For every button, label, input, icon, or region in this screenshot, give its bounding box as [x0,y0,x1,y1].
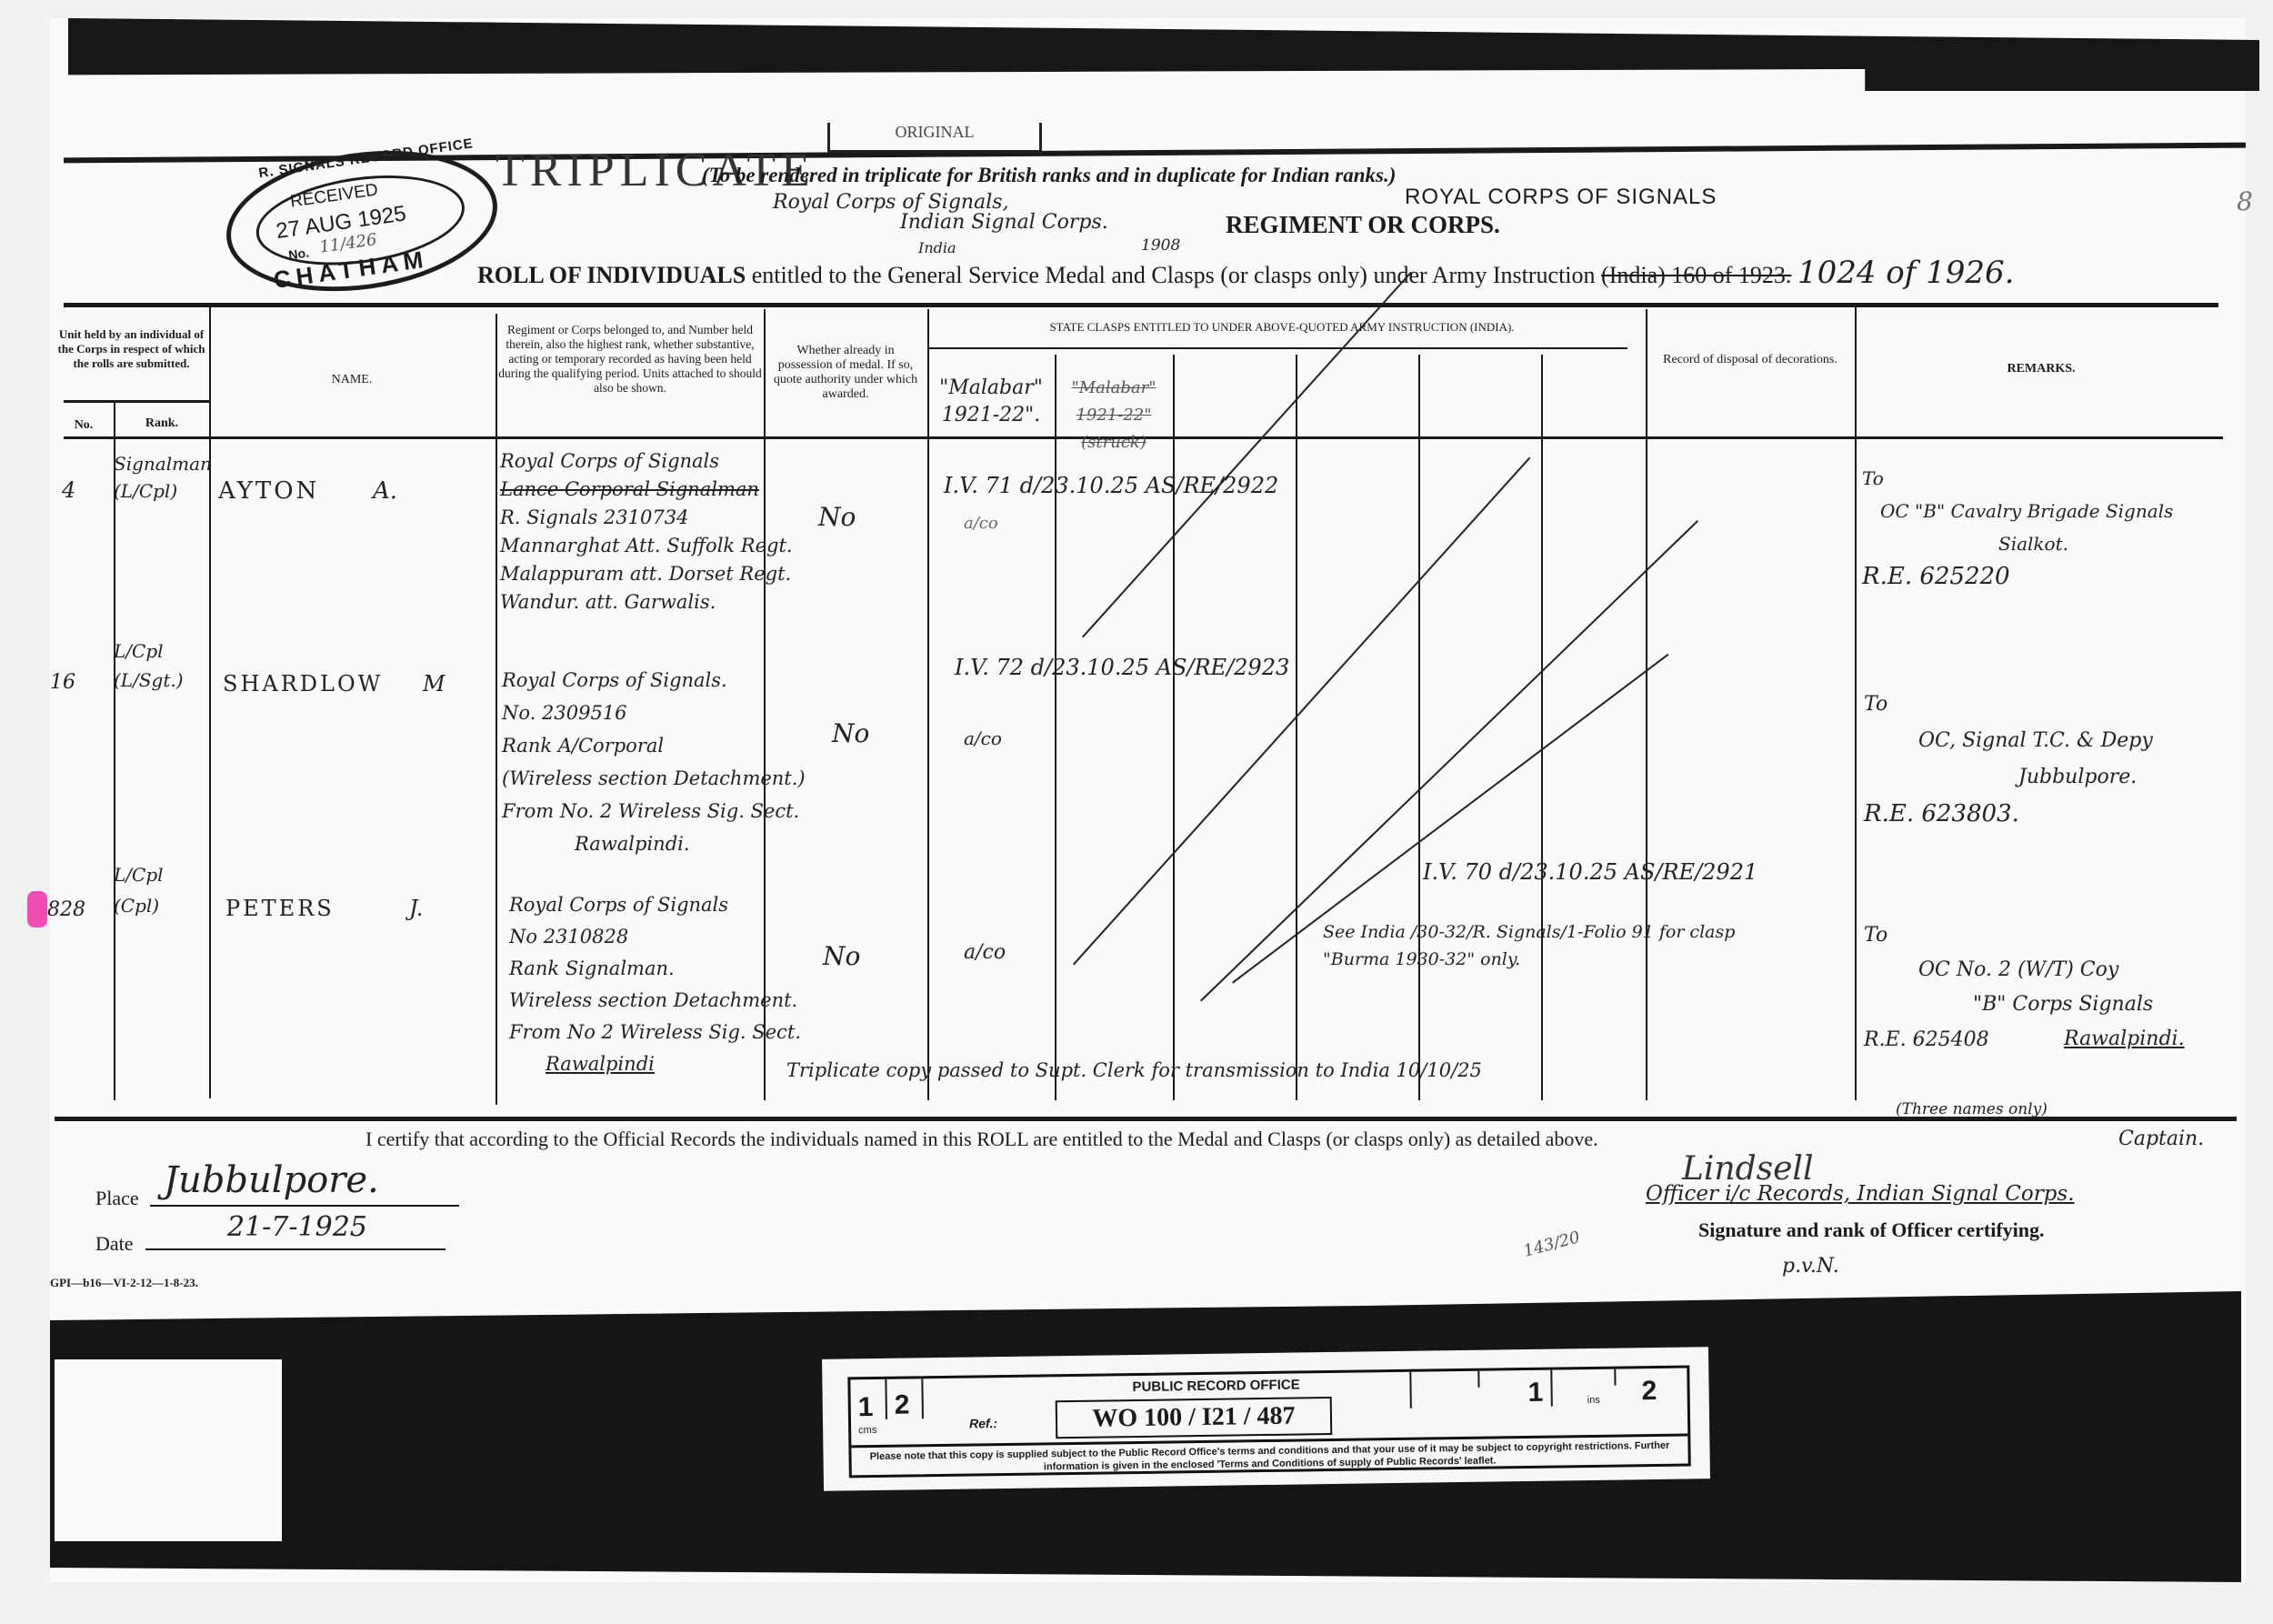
row1-clasp-note: a/co [964,514,998,533]
scale-tick [1614,1369,1616,1386]
row1-possession: No [818,502,856,532]
row1-clasp-entry: I.V. 71 d/23.10.25 AS/RE/2922 [944,473,1278,498]
row2-regiment-line: No. 2309516 [502,697,866,729]
public-record-office-label: 1 cms 2 PUBLIC RECORD OFFICE Ref.: WO 10… [822,1347,1710,1491]
row3-clasp-note: a/co [964,941,1006,964]
remarks-header: REMARKS. [1859,362,2223,376]
row2-rank: L/Cpl (L/Sgt.) [114,637,209,695]
remarks-line: OC "B" Cavalry Brigade Signals [1862,495,2244,527]
place-label: Place [95,1187,139,1210]
cms-label: cms [858,1425,876,1436]
pink-marker-tab [27,891,47,927]
date-label: Date [95,1232,134,1256]
signature-caption: Signature and rank of Officer certifying… [1698,1218,2045,1242]
row1-remarks: To OC "B" Cavalry Brigade Signals Sialko… [1862,462,2244,593]
row1-regiment-line: Lance Corporal Signalman [500,476,864,504]
pro-reference: WO 100 / I21 / 487 [1056,1397,1333,1439]
clasps-header: STATE CLASPS ENTITLED TO UNDER ABOVE-QUO… [936,320,1627,335]
regiment-header: Regiment or Corps belonged to, and Numbe… [498,323,762,396]
scale-tick [885,1379,887,1419]
clasps-rule [927,347,1627,349]
remarks-line: R.E. 623803. [1864,796,2246,832]
clasp-malabar-struck: "Malabar" 1921-22" (struck) [1059,375,1168,456]
disposal-header: Record of disposal of decorations. [1650,353,1850,367]
row1-regiment-line: Mannarghat Att. Suffolk Regt. [500,532,864,560]
row3-disposal-note: See India /30-32/R. Signals/1-Folio 91 f… [1323,918,1796,973]
certification-addition: (Three names only) [1896,1100,2048,1118]
row3-no: 828 [47,898,85,921]
in-2: 2 [1641,1376,1657,1407]
row1-regiment-line: Wandur. att. Garwalis. [500,588,864,617]
cm-1: 1 [858,1392,874,1423]
row2-no: 16 [50,671,75,694]
scale-tick [1477,1371,1479,1388]
hand-year: 1908 [1141,236,1180,255]
pro-title: PUBLIC RECORD OFFICE [1132,1377,1299,1395]
stamped-corps: ROYAL CORPS OF SIGNALS [1405,185,1717,210]
row3-regiment-line: Rank Signalman. [509,953,873,985]
row2-initial: M [423,671,446,697]
row2-regiment: Royal Corps of Signals. No. 2309516 Rank… [502,664,866,860]
corner-mark: 8 [2237,186,2253,216]
row1-initial: A. [373,477,397,505]
roll-title: ROLL OF INDIVIDUALS entitled to the Gene… [477,255,2014,291]
row2-regiment-line: (Wireless section Detachment.) [502,762,866,795]
ins-label: ins [1587,1395,1600,1406]
clasp-malabar: "Malabar" 1921-22". [932,375,1050,429]
col-divider [927,309,929,1100]
signature-rank: Captain. [2118,1128,2204,1150]
hand-corps-line2: Indian Signal Corps. [900,211,1108,234]
row3-remarks: To OC No. 2 (W/T) Coy "B" Corps Signals … [1864,918,2246,1057]
remarks-line: Sialkot. [1862,527,2244,560]
row1-regiment-line: Royal Corps of Signals [500,447,864,476]
row1-regiment-line: Malappuram att. Dorset Regt. [500,560,864,588]
scale-tick [1550,1370,1553,1407]
rank-header: Rank. [116,416,207,431]
row1-no: 4 [62,477,75,503]
remarks-line: R.E. 625408 [1864,1023,1989,1058]
ref-label: Ref.: [969,1416,997,1430]
row2-clasp-note: a/co [964,727,1002,749]
row2-name: SHARDLOW [223,671,383,697]
row2-regiment-line: Royal Corps of Signals. [502,664,866,697]
col-divider [496,314,497,1105]
col-divider [209,307,211,1098]
row2-regiment-line: From No. 2 Wireless Sig. Sect. [502,795,866,827]
remarks-line: To [1862,462,2244,495]
name-header: NAME. [211,373,493,387]
col-divider [1855,305,1857,1100]
row1-regiment: Royal Corps of Signals Lance Corporal Si… [500,447,864,617]
row3-possession: No [823,941,860,971]
roll-title-prefix: ROLL OF INDIVIDUALS [477,262,746,288]
cm-2: 2 [895,1389,910,1420]
col-divider [1418,355,1420,1100]
pro-label-frame: 1 cms 2 PUBLIC RECORD OFFICE Ref.: WO 10… [847,1365,1690,1478]
col-divider [1055,355,1056,1100]
row2-remarks: To OC, Signal T.C. & Depy Jubbulpore. R.… [1864,687,2246,832]
remarks-line: To [1864,918,2246,953]
row2-regiment-line: Rawalpindi. [502,827,866,860]
place-underline [150,1205,459,1207]
certification-text: I certify that according to the Official… [365,1128,1598,1151]
row2-clasp-entry: I.V. 72 d/23.10.25 AS/RE/2923 [955,655,1289,680]
remarks-line: OC, Signal T.C. & Depy [1864,723,2246,759]
row1-name: AYTON [218,477,319,505]
row1-regiment-line: R. Signals 2310734 [500,504,864,532]
header-sub-rule [64,400,209,403]
possession-header: Whether already in possession of medal. … [768,344,923,402]
regiment-label: REGIMENT OR CORPS. [1226,211,1500,239]
roll-title-rest: entitled to the General Service Medal an… [752,262,1596,288]
row3-initial: J. [409,896,423,921]
row3-regiment: Royal Corps of Signals No 2310828 Rank S… [509,889,873,1080]
unit-header: Unit held by an individual of the Corps … [56,327,206,371]
remarks-line: To [1864,687,2246,723]
row3-regiment-line: Wireless section Detachment. [509,985,873,1017]
form-code: GPI—b16—VI-2-12—1-8-23. [50,1276,198,1290]
col-divider [1646,309,1647,1100]
in-1: 1 [1527,1378,1543,1408]
remarks-line: R.E. 625220 [1862,560,2244,593]
original-box: ORIGINAL [827,123,1042,153]
row3-regiment-line: Royal Corps of Signals [509,889,873,921]
no-header: No. [56,418,111,433]
remarks-line: OC No. 2 (W/T) Coy [1864,953,2246,987]
row3-rank: L/Cpl (Cpl) [114,859,209,921]
struck-instruction: (India) 160 of 1923. [1601,262,1791,288]
row3-name: PETERS [225,896,335,921]
row3-regiment-line: From No 2 Wireless Sig. Sect. [509,1017,873,1048]
place-value: Jubbulpore. [164,1159,379,1201]
col-divider [114,400,115,1100]
scale-tick [1409,1372,1412,1408]
initials: p.v.N. [1782,1255,1839,1278]
col-divider [1541,355,1543,1100]
remarks-line: Jubbulpore. [1864,759,2246,796]
row1-rank: Signalman (L/Cpl) [114,450,209,505]
hand-instruction: 1024 of 1926. [1797,255,2015,291]
row2-possession: No [832,718,869,748]
row3-clasp-entry: I.V. 70 d/23.10.25 AS/RE/2921 [1423,859,1757,885]
signature-office: Officer i/c Records, Indian Signal Corps… [1646,1182,2075,1206]
date-underline [145,1248,446,1250]
instruction-text: (To be rendered in triplicate for Britis… [702,164,1396,187]
hand-india: India [918,239,956,256]
stamp-no-label: No. [287,246,310,263]
remarks-line: "B" Corps Signals [1864,987,2246,1022]
row3-regiment-line: No 2310828 [509,921,873,953]
triplicate-note: Triplicate copy passed to Supt. Clerk fo… [786,1059,1482,1081]
scale-tick [921,1378,924,1418]
col-divider [1296,355,1297,1100]
pro-notice: Please note that this copy is supplied s… [851,1434,1687,1477]
scan-white-patch [55,1359,282,1541]
date-value: 21-7-1925 [227,1211,367,1243]
row2-regiment-line: Rank A/Corporal [502,729,866,762]
table-top-rule [64,303,2218,307]
col-divider [1173,355,1175,1100]
